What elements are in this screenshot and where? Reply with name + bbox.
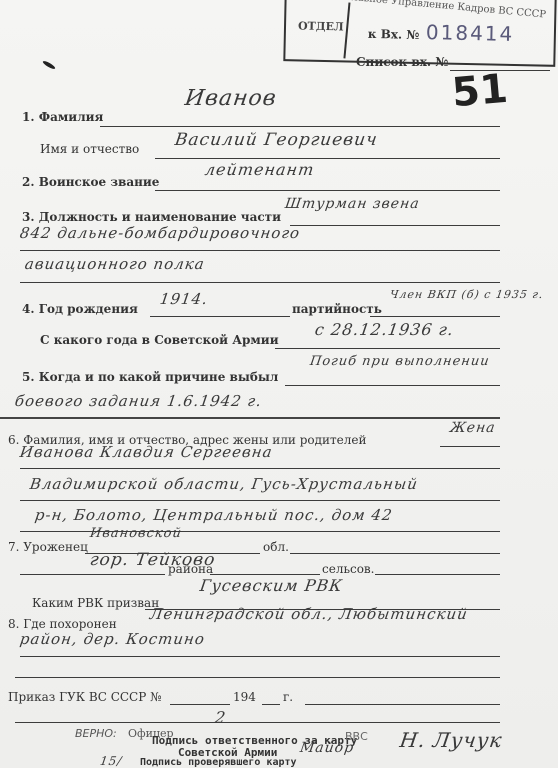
order-year-label: 194 [233,690,256,704]
relatives-line-3 [20,500,500,501]
raion-line-left [20,574,165,575]
rank-value: лейтенант [204,160,316,179]
dropout-line-1 [285,385,500,386]
footer-number: 15/ [99,754,123,768]
buried-label: 8. Где похоронен [8,617,117,631]
verno-label: ВЕРНО: [75,727,117,740]
section-divider [0,417,500,419]
position-label: 3. Должность и наименование части [22,210,281,224]
relatives-value-3: Владимирской области, Гусь-Хрустальный [29,475,420,493]
incoming-number: 018414 [426,20,515,46]
name-line [155,158,500,159]
relatives-line-2 [20,468,500,469]
position-line-2 [20,250,500,251]
buried-line [20,656,500,657]
name-patronymic-value: Василий Георгиевич [174,130,379,150]
stamp-department: ОТДЕЛ [298,19,344,33]
order-number-line [170,704,230,705]
rvk-label: Каким РВК призван [32,596,159,610]
raion-line-right [210,574,320,575]
rank-line [155,190,500,191]
surname-label: 1. Фамилия [22,110,103,124]
army-since-label: С какого года в Советской Армии [40,333,279,347]
surname-value: Иванов [183,86,278,111]
raion-label: района [168,562,213,576]
position-value-2: 842 дальне-бомбардировочного [19,224,302,242]
margin-number: 51 [450,66,509,117]
stamp-header: Главное Управление Кадров ВС СССР [344,0,546,21]
order-label: Приказ ГУК ВС СССР № [8,690,161,704]
birth-year-label: 4. Год рождения [22,302,138,316]
dropout-label: 5. Когда и по какой причине выбыл [22,370,278,384]
selsov-label: сельсов. [322,562,375,576]
rvk-value: Гусевским РВК [199,576,344,595]
position-value-1: Штурман звена [284,196,421,212]
relatives-value-4: р-н, Болото, Центральный пос., дом 42 [34,506,394,524]
surname-line [100,126,500,127]
order-year-line [262,704,280,705]
personnel-loss-card: Главное Управление Кадров ВС СССР ОТДЕЛ … [0,0,558,768]
ink-mark [42,60,56,70]
dropout-value-1: Погиб при выполнении [309,354,491,369]
relatives-value-1: Жена [449,420,497,436]
position-line-1 [290,225,500,226]
rank-signature: Майор [299,740,355,756]
selsov-line [375,574,500,575]
order-divider [15,722,500,723]
relatives-value-2: Иванова Клавдия Сергеевна [19,443,274,461]
native-oblast-value: Ивановской [89,526,183,541]
dropout-value-2: боевого задания 1.6.1942 г. [14,392,263,410]
blank-line [15,677,500,678]
army-since-value: с 28.12.1936 г. [314,320,456,339]
army-since-line [275,348,500,349]
birth-year-value: 1914. [159,290,209,308]
incoming-label: к Вх. № [368,27,420,42]
list-number-label: Список вх. № [356,55,448,69]
position-line-3 [20,282,500,283]
oblast-label: обл. [263,540,289,554]
checked-signature-label: Подпись проверявшего карту [140,757,297,768]
party-line [370,316,500,317]
footer-mark: 2 [214,708,228,727]
order-year-suffix: г. [283,690,293,704]
relatives-line-1 [440,446,500,447]
buried-value-1: Ленинградской обл., Любытинский [149,605,469,623]
birth-year-line [150,316,290,317]
oblast-extra-line [290,553,500,554]
position-value-3: авиационного полка [24,255,206,273]
rank-label: 2. Воинское звание [22,175,159,189]
party-label: партийность [292,302,382,316]
order-tail-line [305,704,500,705]
party-value: Член ВКП (б) с 1935 г. [389,288,544,301]
native-label: 7. Уроженец [8,540,88,554]
buried-value-2: район, дер. Костино [19,630,207,648]
name-patronymic-label: Имя и отчество [40,142,139,156]
signature: Н. Лучук [398,728,504,752]
stamp-divider [343,2,350,58]
